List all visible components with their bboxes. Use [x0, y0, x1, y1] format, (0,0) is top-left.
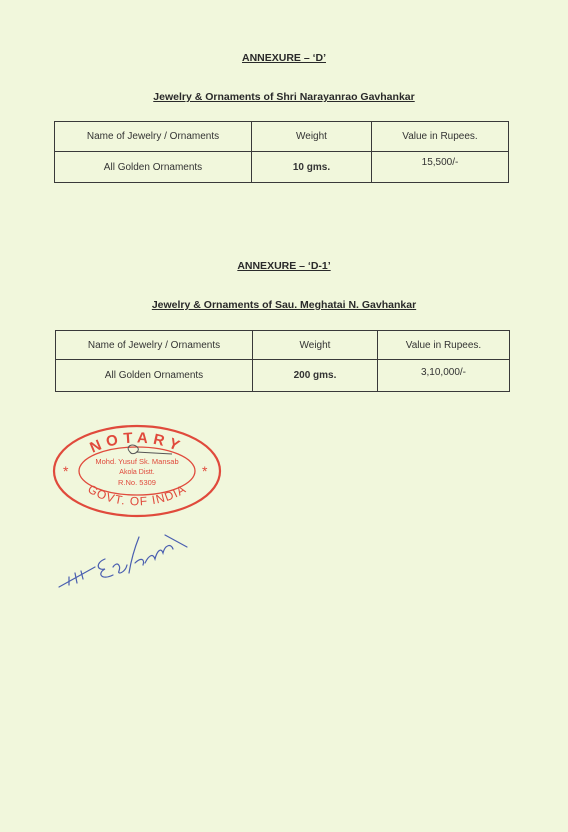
header-cell: Weight: [252, 122, 372, 152]
item-name-cell: All Golden Ornaments: [55, 152, 252, 183]
notary-stamp: NOTARY Mohd. Yusuf Sk. Mansab Akola Dist…: [52, 424, 222, 519]
weight-cell: 10 gms.: [252, 152, 372, 183]
annexure-d1-subtitle: Jewelry & Ornaments of Sau. Meghatai N. …: [0, 299, 568, 311]
table-header-row: Name of Jewelry / Ornaments Weight Value…: [55, 122, 509, 152]
stamp-name: Mohd. Yusuf Sk. Mansab: [95, 457, 178, 466]
stamp-district: Akola Distt.: [119, 469, 154, 476]
header-cell: Weight: [253, 331, 378, 360]
value-cell: 3,10,000/-: [378, 360, 510, 392]
annexure-d-subtitle: Jewelry & Ornaments of Shri Narayanrao G…: [0, 91, 568, 103]
star-icon: *: [63, 463, 69, 479]
table-row: All Golden Ornaments 200 gms. 3,10,000/-: [56, 360, 510, 392]
table-header-row: Name of Jewelry / Ornaments Weight Value…: [56, 331, 510, 360]
annexure-d1-table: Name of Jewelry / Ornaments Weight Value…: [55, 330, 510, 392]
table-row: All Golden Ornaments 10 gms. 15,500/-: [55, 152, 509, 183]
header-cell: Value in Rupees.: [378, 331, 510, 360]
stamp-reg-no: R.No. 5309: [118, 478, 156, 487]
annexure-d1-title: ANNEXURE – ‘D-1’: [0, 260, 568, 272]
star-icon: *: [202, 463, 208, 479]
header-cell: Value in Rupees.: [372, 122, 509, 152]
annexure-d-title: ANNEXURE – ‘D’: [0, 52, 568, 64]
header-cell: Name of Jewelry / Ornaments: [55, 122, 252, 152]
weight-cell: 200 gms.: [253, 360, 378, 392]
header-cell: Name of Jewelry / Ornaments: [56, 331, 253, 360]
item-name-cell: All Golden Ornaments: [56, 360, 253, 392]
value-cell: 15,500/-: [372, 152, 509, 183]
annexure-d-table: Name of Jewelry / Ornaments Weight Value…: [54, 121, 509, 183]
signature: [55, 515, 195, 595]
